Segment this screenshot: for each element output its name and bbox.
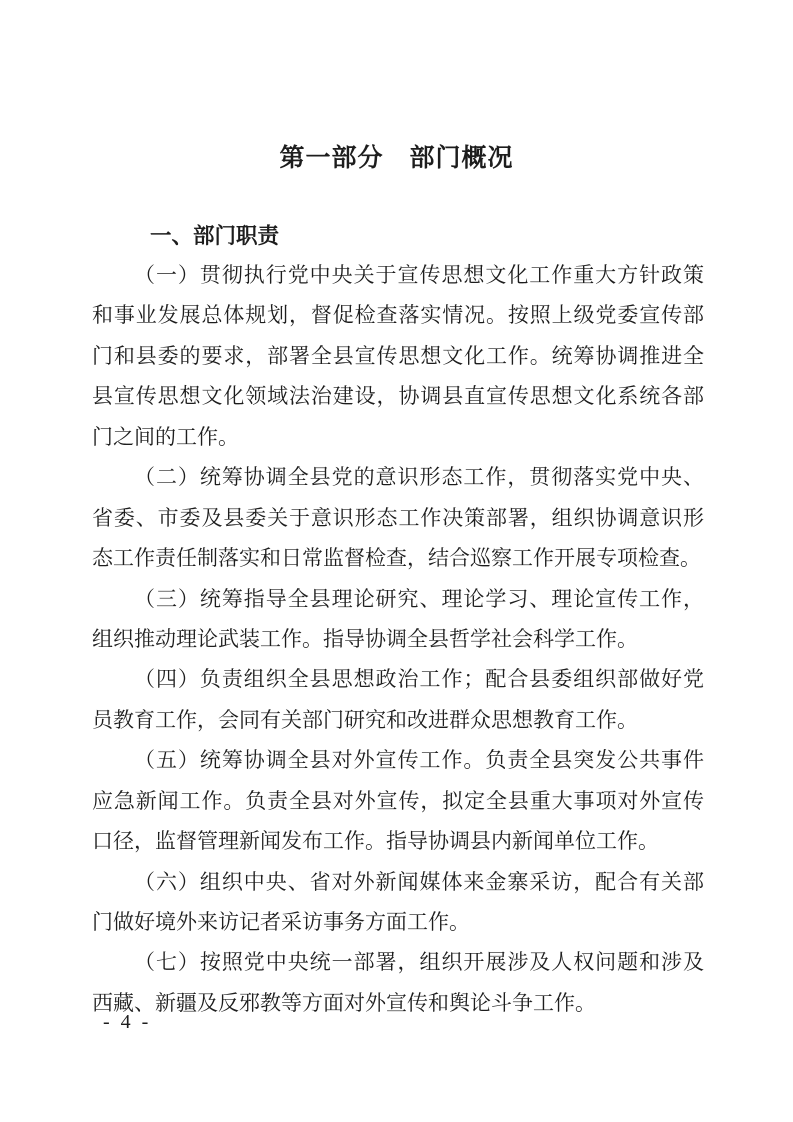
body-paragraph: （四）负责组织全县思想政治工作；配合县委组织部做好党员教育工作，会同有关部门研究… [92,659,704,740]
body-line: 态工作责任制落实和日常监督检查，结合巡察工作开展专项检查。 [92,538,704,578]
body-line: 组织推动理论武装工作。指导协调全县哲学社会科学工作。 [92,619,704,659]
body-line: （七）按照党中央统一部署，组织开展涉及人权问题和涉及 [92,942,704,982]
body-line: （六）组织中央、省对外新闻媒体来金寨采访，配合有关部 [92,862,704,902]
body-paragraph: （一）贯彻执行党中央关于宣传思想文化工作重大方针政策和事业发展总体规划，督促检查… [92,255,704,457]
section-heading: 一、部门职责 [150,222,279,250]
body-paragraph: （六）组织中央、省对外新闻媒体来金寨采访，配合有关部门做好境外来访记者采访事务方… [92,862,704,943]
body-line: 省委、市委及县委关于意识形态工作决策部署，组织协调意识形 [92,498,704,538]
body-line: 和事业发展总体规划，督促检查落实情况。按照上级党委宣传部 [92,295,704,335]
document-page: 第一部分 部门概况 一、部门职责 （一）贯彻执行党中央关于宣传思想文化工作重大方… [0,0,793,1122]
body-line: （四）负责组织全县思想政治工作；配合县委组织部做好党 [92,659,704,699]
document-body: （一）贯彻执行党中央关于宣传思想文化工作重大方针政策和事业发展总体规划，督促检查… [92,255,704,1023]
body-line: 门做好境外来访记者采访事务方面工作。 [92,902,704,942]
body-line: 县宣传思想文化领域法治建设，协调县直宣传思想文化系统各部 [92,376,704,416]
page-number: - 4 - [103,1012,151,1032]
body-paragraph: （二）统筹协调全县党的意识形态工作，贯彻落实党中央、省委、市委及县委关于意识形态… [92,457,704,578]
body-paragraph: （七）按照党中央统一部署，组织开展涉及人权问题和涉及西藏、新疆及反邪教等方面对外… [92,942,704,1023]
body-line: 门和县委的要求，部署全县宣传思想文化工作。统筹协调推进全 [92,336,704,376]
body-line: （二）统筹协调全县党的意识形态工作，贯彻落实党中央、 [92,457,704,497]
page-title: 第一部分 部门概况 [0,143,793,173]
body-line: （一）贯彻执行党中央关于宣传思想文化工作重大方针政策 [92,255,704,295]
body-line: 西藏、新疆及反邪教等方面对外宣传和舆论斗争工作。 [92,983,704,1023]
body-line: 门之间的工作。 [92,417,704,457]
body-line: 员教育工作，会同有关部门研究和改进群众思想教育工作。 [92,700,704,740]
body-paragraph: （五）统筹协调全县对外宣传工作。负责全县突发公共事件应急新闻工作。负责全县对外宣… [92,740,704,861]
body-line: 口径，监督管理新闻发布工作。指导协调县内新闻单位工作。 [92,821,704,861]
body-line: 应急新闻工作。负责全县对外宣传，拟定全县重大事项对外宣传 [92,781,704,821]
body-line: （三）统筹指导全县理论研究、理论学习、理论宣传工作， [92,579,704,619]
body-line: （五）统筹协调全县对外宣传工作。负责全县突发公共事件 [92,740,704,780]
body-paragraph: （三）统筹指导全县理论研究、理论学习、理论宣传工作，组织推动理论武装工作。指导协… [92,579,704,660]
